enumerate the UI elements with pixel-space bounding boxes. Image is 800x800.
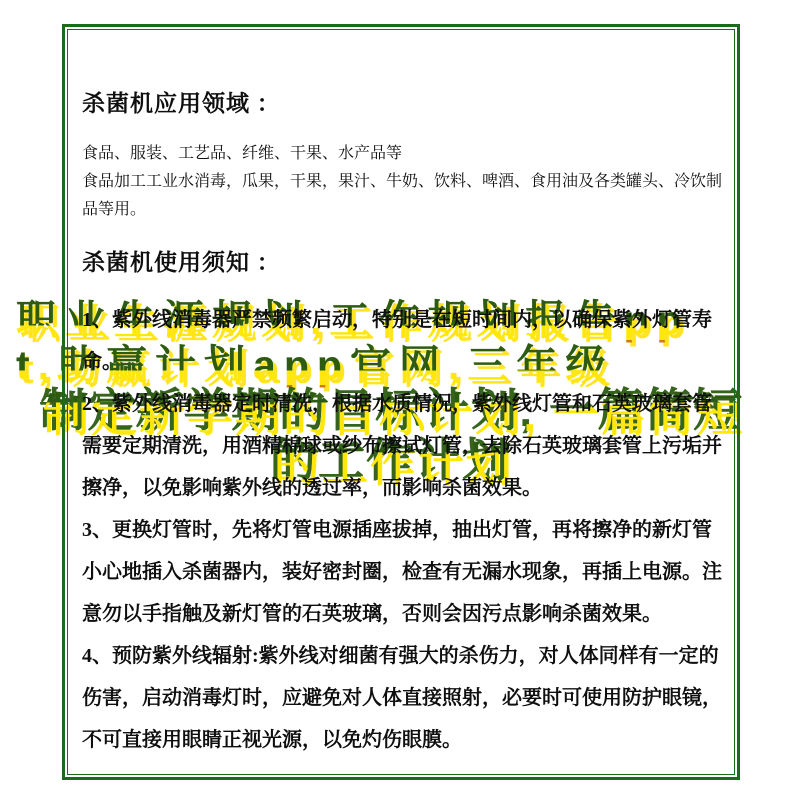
notice-item-2: 2、紫外线消毒器定时清洗，根据水质情况，紫外线灯管和石英玻璃套管需要定期清洗，用… (82, 383, 722, 509)
document-body: 杀菌机应用领域 ： 食品、服装、工艺品、纤维、干果、水产品等 食品加工工业水消毒… (82, 85, 722, 761)
application-fields-line: 食品加工工业水消毒，瓜果，干果，果汁、牛奶、饮料、啤酒、食用油及各类罐头、冷饮制… (82, 168, 722, 224)
section-heading-notice: 杀菌机使用须知 ： (82, 244, 722, 277)
page-border-frame: 杀菌机应用领域 ： 食品、服装、工艺品、纤维、干果、水产品等 食品加工工业水消毒… (62, 24, 740, 780)
notice-item-1: 1、紫外线消毒器严禁频繁启动，特别是在短时间内，以确保紫外灯管寿命。 (82, 299, 722, 383)
notice-item-3: 3、更换灯管时，先将灯管电源插座拔掉，抽出灯管，再将擦净的新灯管小心地插入杀菌器… (82, 509, 722, 635)
notice-item-4: 4、预防紫外线辐射:紫外线对细菌有强大的杀伤力，对人体同样有一定的伤害，启动消毒… (82, 635, 722, 761)
section-heading-application: 杀菌机应用领域 ： (82, 85, 722, 118)
notice-items: 1、紫外线消毒器严禁频繁启动，特别是在短时间内，以确保紫外灯管寿命。 2、紫外线… (82, 299, 722, 761)
application-fields-line: 食品、服装、工艺品、纤维、干果、水产品等 (82, 140, 722, 168)
page-border-frame-inner: 杀菌机应用领域 ： 食品、服装、工艺品、纤维、干果、水产品等 食品加工工业水消毒… (67, 29, 735, 775)
